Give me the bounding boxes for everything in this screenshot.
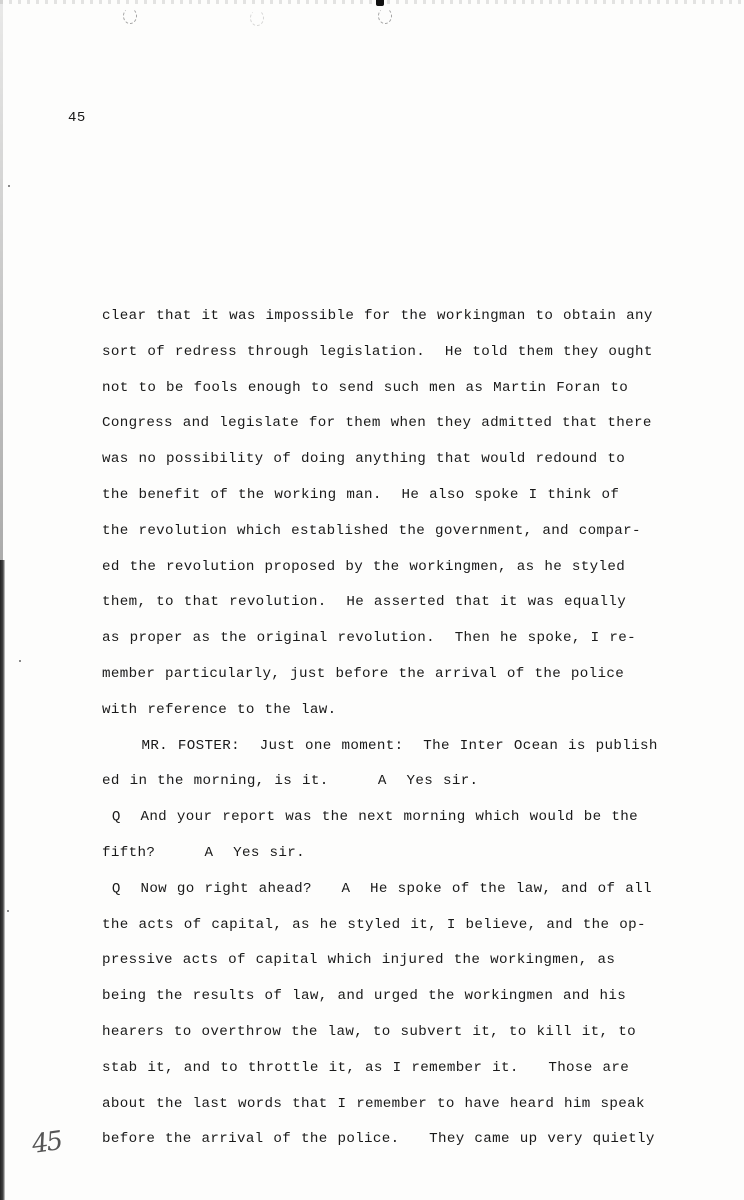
punch-hole-mark-icon bbox=[378, 8, 392, 24]
scan-left-edge-shadow bbox=[0, 0, 3, 560]
punch-hole-mark-icon bbox=[123, 8, 137, 24]
text-line: as proper as the original revolution. Th… bbox=[102, 628, 702, 664]
text-line: before the arrival of the police. They c… bbox=[102, 1129, 702, 1165]
scan-left-edge-dark bbox=[0, 560, 5, 1200]
text-line: member particularly, just before the arr… bbox=[102, 664, 702, 700]
scan-edge-noise bbox=[0, 0, 744, 4]
question-line: Q Now go right ahead? A He spoke of the … bbox=[102, 879, 702, 915]
text-line: being the results of law, and urged the … bbox=[102, 986, 702, 1022]
text-line: the benefit of the working man. He also … bbox=[102, 485, 702, 521]
text-line: the revolution which established the gov… bbox=[102, 521, 702, 557]
text-line: pressive acts of capital which injured t… bbox=[102, 950, 702, 986]
text-line: Congress and legislate for them when the… bbox=[102, 413, 702, 449]
text-line: sort of redress through legislation. He … bbox=[102, 342, 702, 378]
scan-speck bbox=[7, 910, 9, 912]
text-line: them, to that revolution. He asserted th… bbox=[102, 592, 702, 628]
text-line: not to be fools enough to send such men … bbox=[102, 378, 702, 414]
text-line: about the last words that I remember to … bbox=[102, 1094, 702, 1130]
text-line: was no possibility of doing anything tha… bbox=[102, 449, 702, 485]
punch-hole-mark-icon bbox=[250, 10, 264, 26]
text-line: with reference to the law. bbox=[102, 700, 702, 736]
transcript-body: clear that it was impossible for the wor… bbox=[102, 306, 702, 1165]
text-line: clear that it was impossible for the wor… bbox=[102, 306, 702, 342]
speaker-line: MR. FOSTER: Just one moment: The Inter O… bbox=[102, 736, 702, 772]
binding-pin-icon bbox=[376, 0, 384, 6]
text-line: hearers to overthrow the law, to subvert… bbox=[102, 1022, 702, 1058]
text-line: ed in the morning, is it. A Yes sir. bbox=[102, 771, 702, 807]
scan-speck bbox=[19, 660, 21, 662]
page-number: 45 bbox=[68, 110, 86, 126]
question-line: Q And your report was the next morning w… bbox=[102, 807, 702, 843]
text-line: fifth? A Yes sir. bbox=[102, 843, 702, 879]
handwritten-margin-annotation: 45 bbox=[30, 1126, 63, 1160]
document-page: 45 clear that it was impossible for the … bbox=[0, 0, 744, 1200]
text-line: ed the revolution proposed by the workin… bbox=[102, 557, 702, 593]
text-line: stab it, and to throttle it, as I rememb… bbox=[102, 1058, 702, 1094]
scan-speck bbox=[8, 185, 10, 187]
text-line: the acts of capital, as he styled it, I … bbox=[102, 915, 702, 951]
